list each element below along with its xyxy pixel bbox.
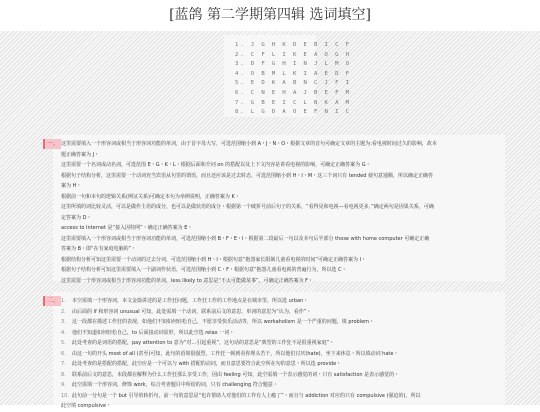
explanation-line: access to Internet 是“接入因特网”・确定正确答案为 E・ (61, 223, 499, 234)
item-text: 他们不知道如何轻松自己，to 后面接动词原形，所以此空选 relax 一词・ (72, 330, 234, 336)
explanation-line: 定答案为 D・ (61, 213, 499, 224)
item-text: 这一段都在描述工作狂的表现，如他们不知如何轻松自己，不愿享受快乐活动等，所以 w… (72, 319, 374, 325)
answer-grid-row: 2. C F L I K E A O G H (224, 51, 316, 61)
explanation-line: 根据句子结构分析，这里需要一个动词充当宾语从句里的谓语，而且还应该是过去时态，可… (61, 171, 499, 182)
explanation-item: 7.此处考查的是搭配的搭配，此空应是一个可以与 with 搭配的动词，而且意思要… (61, 359, 499, 370)
answer-grid-row: 7. G B E I C L N K A M (224, 99, 316, 109)
explanation-item: 2.由后面的 if 和形容词 unusual 可知，此处需填一个动词，联系前后文… (61, 307, 499, 318)
item-number: 3. (61, 317, 72, 328)
explanation-item: 4.他们不知道如何轻松自己，to 后面接动词原形，所以此空选 relax 一词・ (61, 328, 499, 339)
answer-grid-row: 3. D F G H I N J L M O (224, 60, 316, 70)
explanation-item: 5.此处考查的是词语的搭配，pay attention to 意为“对…引起重视… (61, 338, 499, 349)
item-text: 此处考查的是词语的搭配，pay attention to 意为“对…引起重视”，… (72, 340, 334, 346)
item-number: 9. (61, 380, 72, 391)
item-text: 此句前一分句是一个 but 引导的转折句，前一句的意思是“也许帮助人对他们的工作… (72, 393, 421, 399)
section-2-explanations: 二、 1.本空需填一个形容词，本文金篇讲述的是工作狂问题，工作狂工作的工作地点是… (53, 292, 505, 405)
explanation-item: 6.由这一句的开头 most of all (甚至)可知，此句的语境很强烈，工作… (61, 349, 499, 360)
explanation-line: 案为 H・ (61, 181, 499, 192)
explanation-line: 这里需要填入一个形容词或相当于形容词功能的单词，由于首字母大写，可选范围缩小到 … (61, 139, 499, 150)
explanation-item: 8.联系前后文的意思，本段都在解释为什么工作狂那么享受工作，因由 feeling… (61, 370, 499, 381)
answer-grid: 1. J G H K D E B I C F 2. C F L I K E A … (224, 35, 316, 117)
explanation-line: 根据句子结构分析可知这里需要填入一个副词作状语，可选范围缩小到 C・F・根据句意… (61, 265, 499, 276)
section-2-marker: 二、 (43, 296, 61, 306)
explanation-line: 根据结构分析可知这里需要一个动词的过去分词，可选范围缩小到 H・I・根据句意“抱… (61, 255, 499, 266)
item-number: 7. (61, 359, 72, 370)
explanation-item: 此空填 compulsive・ (61, 401, 499, 405)
answer-grid-row: 6. C N E H A J B E F M (224, 89, 316, 99)
explanation-line: 答案为 B・即“在有家庭电脑的”・ (61, 244, 499, 255)
item-text: 本空需填一个形容词，本文金篇讲述的是工作狂问题，工作狂工作的工作地点是在城市里，… (72, 298, 308, 304)
explanation-item: 3.这一段都在描述工作狂的表现，如他们不知如何轻松自己，不愿享受快乐活动等，所以… (61, 317, 499, 328)
item-number: 6. (61, 349, 72, 360)
item-text: 由这一句的开头 most of all (甚至)可知，此句的语境很强烈，工作狂一… (72, 351, 398, 357)
explanation-line: 根据前一句和本句的逻辑关系(例证关系)可确定本句为举例说明，正确答案为 K・ (61, 192, 499, 203)
item-text: 此空需填一个形容词，修饰 work，综合考查题目中所给的词，只有 challen… (72, 382, 278, 388)
explanation-line: 这里需要一个名词或动名词，可选范围 E・G・K・L・根据后面和介词 on 的搭配… (61, 160, 499, 171)
explanation-line: 这里需要填入一个形容词或相当于形容词功能的单词，可选范围缩小到 B・F・E・I・… (61, 234, 499, 245)
section-1-explanations: 一、 这里需要填入一个形容词或相当于形容词功能的单词，由于首字母大写，可选范围缩… (53, 135, 505, 281)
explanation-line: 这里需要一个形容词或相当于形容词功能的单词，less likely to 意思是… (61, 276, 499, 287)
item-number: 5. (61, 338, 72, 349)
explanation-item: 10.此句前一分句是一个 but 引导的转折句，前一句的意思是“也许帮助人对他们… (61, 391, 499, 402)
answer-grid-row: 4. O B M L K I A E D F (224, 70, 316, 80)
item-text: 此处考查的是搭配的搭配，此空应是一个可以与 with 搭配的动词，而且意思要符合… (72, 361, 341, 367)
explanation-item: 9.此空需填一个形容词，修饰 work，综合考查题目中所给的词，只有 chall… (61, 380, 499, 391)
item-text: 联系前后文的意思，本段都在解释为什么工作狂那么享受工作，因由 feeling 可… (72, 372, 399, 378)
explanation-line: 这里所填的词比较灵活，可以是做作主语的成分，也可以是做状语的成分・根据第一个破折… (61, 202, 499, 213)
item-number: 1. (61, 296, 72, 307)
answer-grid-row: 8. L G D A O E F N I C (224, 108, 316, 118)
page-title: [蓝鸽 第二学期第四辑 选词填空] (0, 0, 540, 31)
item-number: 4. (61, 328, 72, 339)
explanation-item: 1.本空需填一个形容词，本文金篇讲述的是工作狂问题，工作狂工作的工作地点是在城市… (61, 296, 499, 307)
answer-grid-row: 5. E D K A B N C J F I (224, 79, 316, 89)
item-text: 由后面的 if 和形容词 unusual 可知，此处需填一个动词，联系前后文的意… (72, 309, 311, 315)
item-number: 8. (61, 370, 72, 381)
item-number: 10. (61, 391, 72, 402)
content-background: 1. J G H K D E B I C F 2. C F L I K E A … (0, 31, 540, 405)
explanation-line: 题正确答案为 J・ (61, 150, 499, 161)
answer-grid-row: 1. J G H K D E B I C F (224, 41, 316, 51)
item-number: 2. (61, 307, 72, 318)
section-1-marker: 一、 (43, 139, 61, 149)
